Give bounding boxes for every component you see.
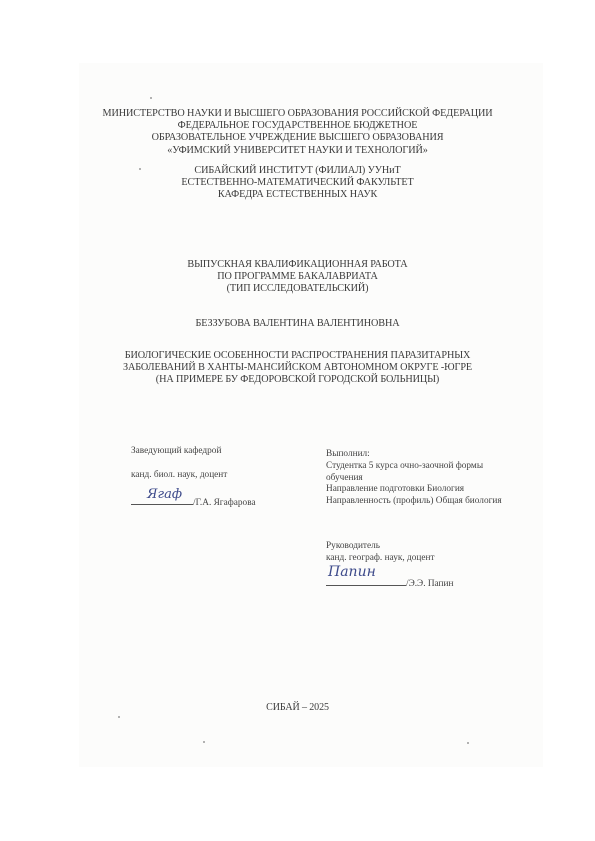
performed-label: Выполнил: — [326, 449, 502, 461]
header-line: ФЕДЕРАЛЬНОЕ ГОСУДАРСТВЕННОЕ БЮДЖЕТНОЕ — [0, 120, 595, 132]
title-line: (НА ПРИМЕРЕ БУ ФЕДОРОВСКОЙ ГОРОДСКОЙ БОЛ… — [0, 374, 595, 386]
supervisor-block: Руководитель канд. географ. наук, доцент — [326, 541, 435, 565]
institute-line: ЕСТЕСТВЕННО-МАТЕМАТИЧЕСКИЙ ФАКУЛЬТЕТ — [0, 177, 595, 189]
head-name: Г.А. Ягафарова — [196, 498, 256, 508]
header-line: МИНИСТЕРСТВО НАУКИ И ВЫСШЕГО ОБРАЗОВАНИЯ… — [0, 108, 595, 120]
ministry-header: МИНИСТЕРСТВО НАУКИ И ВЫСШЕГО ОБРАЗОВАНИЯ… — [0, 108, 595, 157]
header-line: ОБРАЗОВАТЕЛЬНОЕ УЧРЕЖДЕНИЕ ВЫСШЕГО ОБРАЗ… — [0, 132, 595, 144]
work-type-block: ВЫПУСКНАЯ КВАЛИФИКАЦИОННАЯ РАБОТА ПО ПРО… — [0, 259, 595, 296]
title-line: БИОЛОГИЧЕСКИЕ ОСОБЕННОСТИ РАСПРОСТРАНЕНИ… — [0, 350, 595, 362]
signature-underline: Ягаф — [131, 493, 193, 505]
supervisor-signature-line: Папин /Э.Э. Папин — [326, 574, 454, 591]
performed-line: Направленность (профиль) Общая биология — [326, 496, 502, 508]
performed-line: Направление подготовки Биология — [326, 484, 502, 496]
supervisor-signature: Папин — [328, 567, 376, 579]
city-year: СИБАЙ – 2025 — [0, 702, 595, 714]
institute-line: КАФЕДРА ЕСТЕСТВЕННЫХ НАУК — [0, 189, 595, 201]
performed-block: Выполнил: Студентка 5 курса очно-заочной… — [326, 449, 502, 508]
head-degree: канд. биол. наук, доцент — [131, 470, 227, 480]
head-signature-line: Ягаф /Г.А. Ягафарова — [131, 493, 256, 508]
supervisor-degree: канд. географ. наук, доцент — [326, 553, 435, 565]
footer-text: СИБАЙ – 2025 — [0, 702, 595, 714]
supervisor-role: Руководитель — [326, 541, 435, 553]
scan-speck — [467, 742, 469, 744]
work-type-line: (ТИП ИССЛЕДОВАТЕЛЬСКИЙ) — [0, 283, 595, 295]
head-signature: Ягаф — [147, 487, 182, 502]
work-type-line: ПО ПРОГРАММЕ БАКАЛАВРИАТА — [0, 271, 595, 283]
performed-line: обучения — [326, 473, 502, 485]
scan-speck — [150, 97, 152, 99]
scan-speck — [118, 716, 120, 718]
performed-line: Студентка 5 курса очно-заочной формы — [326, 461, 502, 473]
scan-speck — [203, 741, 205, 743]
institute-line: СИБАЙСКИЙ ИНСТИТУТ (ФИЛИАЛ) УУНиТ — [0, 165, 595, 177]
supervisor-name: Э.Э. Папин — [409, 579, 454, 589]
header-line: «УФИМСКИЙ УНИВЕРСИТЕТ НАУКИ И ТЕХНОЛОГИЙ… — [0, 145, 595, 157]
institute-block: СИБАЙСКИЙ ИНСТИТУТ (ФИЛИАЛ) УУНиТ ЕСТЕСТ… — [0, 165, 595, 202]
signature-underline: Папин — [326, 574, 406, 586]
author-text: БЕЗЗУБОВА ВАЛЕНТИНА ВАЛЕНТИНОВНА — [0, 318, 595, 330]
title-line: ЗАБОЛЕВАНИЙ В ХАНТЫ-МАНСИЙСКОМ АВТОНОМНО… — [0, 362, 595, 374]
work-type-line: ВЫПУСКНАЯ КВАЛИФИКАЦИОННАЯ РАБОТА — [0, 259, 595, 271]
author-name: БЕЗЗУБОВА ВАЛЕНТИНА ВАЛЕНТИНОВНА — [0, 318, 595, 330]
thesis-title: БИОЛОГИЧЕСКИЕ ОСОБЕННОСТИ РАСПРОСТРАНЕНИ… — [0, 350, 595, 387]
head-role: Заведующий кафедрой — [131, 446, 221, 456]
